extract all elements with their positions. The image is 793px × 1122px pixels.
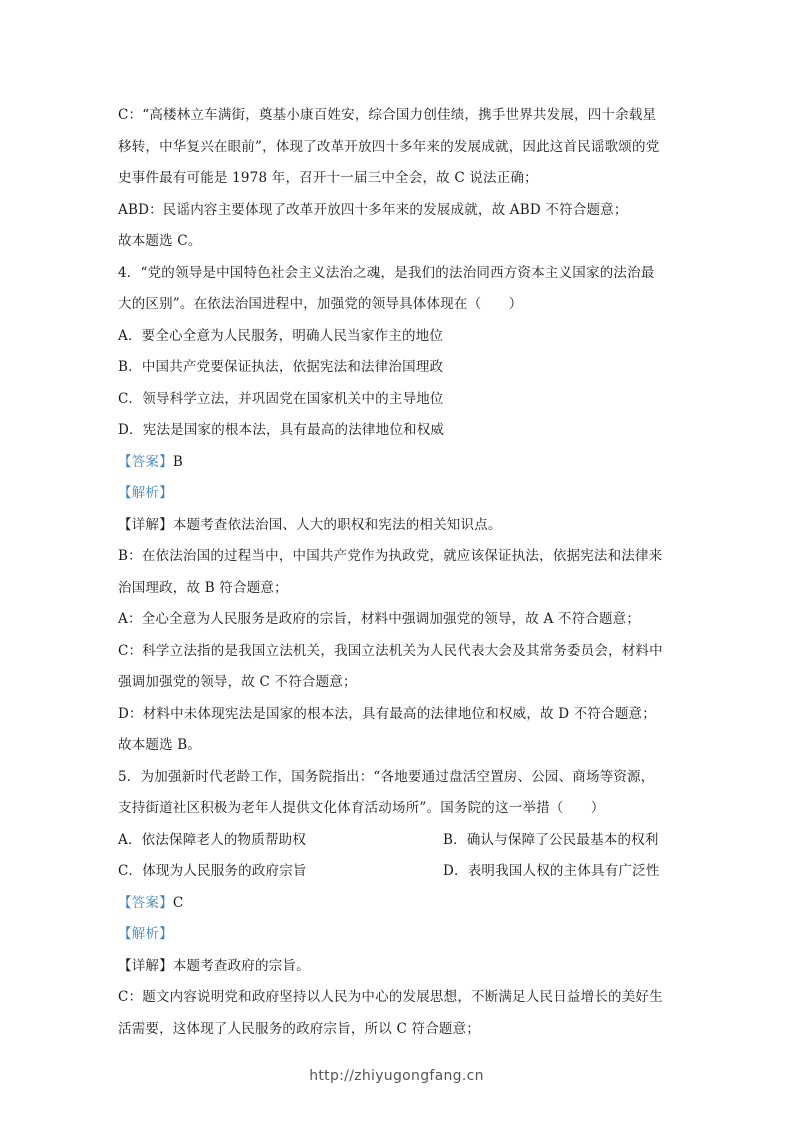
explanation-line: 强调加强党的领导，故 C 不符合题意； [118,667,678,699]
explanation-line: C：“高楼林立车满街，奠基小康百姓安，综合国力创佳绩，携手世界共发展，四十余载星 [118,100,678,132]
option-b: B．中国共产党要保证执法，依据宪法和法律治国理政 [118,352,678,384]
analysis-tag: 【解析】 [118,926,173,942]
conclusion-line: 故本题选 C。 [118,226,678,258]
explanation-line: A：全心全意为人民服务是政府的宗旨，材料中强调加强党的领导，故 A 不符合题意； [118,604,678,636]
detail-line: 【详解】本题考查依法治国、人大的职权和宪法的相关知识点。 [118,510,678,542]
option-d: D．表明我国人权的主体具有广泛性 [443,856,660,888]
detail-text: 本题考查依法治国、人大的职权和宪法的相关知识点。 [173,517,502,533]
option-a: A．依法保障老人的物质帮助权 [118,825,443,857]
detail-tag: 【详解】 [118,958,173,974]
explanation-line: B：在依法治国的过程当中，中国共产党作为执政党，就应该保证执法，依据宪法和法律来 [118,541,678,573]
explanation-line: ABD：民谣内容主要体现了改革开放四十多年来的发展成就，故 ABD 不符合题意； [118,195,678,227]
answer-tag: 【答案】 [118,895,173,911]
question-stem: 4．“党的领导是中国特色社会主义法治之魂，是我们的法治同西方资本主义国家的法治最 [118,258,678,290]
question-stem: 支持街道社区积极为老年人提供文化体育活动场所”。国务院的这一举措（ ） [118,793,678,825]
answer-value: B [173,454,183,470]
question-5: 5．为加强新时代老龄工作，国务院指出：“各地要通过盘活空置房、公园、商场等资源，… [118,762,678,1046]
options-row: C．体现为人民服务的政府宗旨 D．表明我国人权的主体具有广泛性 [118,856,678,888]
explanation-line: 移转，中华复兴在眼前”，体现了改革开放四十多年来的发展成就，因此这首民谣歌颂的党 [118,132,678,164]
option-d: D．宪法是国家的根本法，具有最高的法律地位和权威 [118,415,678,447]
explanation-line: C：题文内容说明党和政府坚持以人民为中心的发展思想，不断满足人民日益增长的美好生 [118,982,678,1014]
explanation-line: D：材料中未体现宪法是国家的根本法，具有最高的法律地位和权威，故 D 不符合题意… [118,699,678,731]
analysis-line: 【解析】 [118,478,678,510]
answer-line: 【答案】B [118,447,678,479]
analysis-line: 【解析】 [118,919,678,951]
explanation-line: 治国理政，故 B 符合题意； [118,573,678,605]
answer-line: 【答案】C [118,888,678,920]
document-page: C：“高楼林立车满街，奠基小康百姓安，综合国力创佳绩，携手世界共发展，四十余载星… [118,100,678,1045]
detail-line: 【详解】本题考查政府的宗旨。 [118,951,678,983]
detail-text: 本题考查政府的宗旨。 [173,958,310,974]
explanation-line: C：科学立法指的是我国立法机关，我国立法机关为人民代表大会及其常务委员会，材料中 [118,636,678,668]
detail-tag: 【详解】 [118,517,173,533]
option-c: C．体现为人民服务的政府宗旨 [118,856,443,888]
options-row: A．依法保障老人的物质帮助权 B．确认与保障了公民最基本的权利 [118,825,678,857]
explanation-line: 活需要，这体现了人民服务的政府宗旨，所以 C 符合题意； [118,1014,678,1046]
option-b: B．确认与保障了公民最基本的权利 [443,825,659,857]
prev-explanation: C：“高楼林立车满街，奠基小康百姓安，综合国力创佳绩，携手世界共发展，四十余载星… [118,100,678,258]
analysis-tag: 【解析】 [118,485,173,501]
option-c: C．领导科学立法，并巩固党在国家机关中的主导地位 [118,384,678,416]
option-a: A．要全心全意为人民服务，明确人民当家作主的地位 [118,321,678,353]
explanation-line: 史事件最有可能是 1978 年，召开十一届三中全会，故 C 说法正确； [118,163,678,195]
question-stem: 5．为加强新时代老龄工作，国务院指出：“各地要通过盘活空置房、公园、商场等资源， [118,762,678,794]
answer-value: C [173,895,184,911]
answer-tag: 【答案】 [118,454,173,470]
question-stem: 大的区别”。在依法治国进程中，加强党的领导具体体现在（ ） [118,289,678,321]
conclusion-line: 故本题选 B。 [118,730,678,762]
question-4: 4．“党的领导是中国特色社会主义法治之魂，是我们的法治同西方资本主义国家的法治最… [118,258,678,762]
footer-url: http://zhiyugongfang.cn [0,1068,793,1084]
